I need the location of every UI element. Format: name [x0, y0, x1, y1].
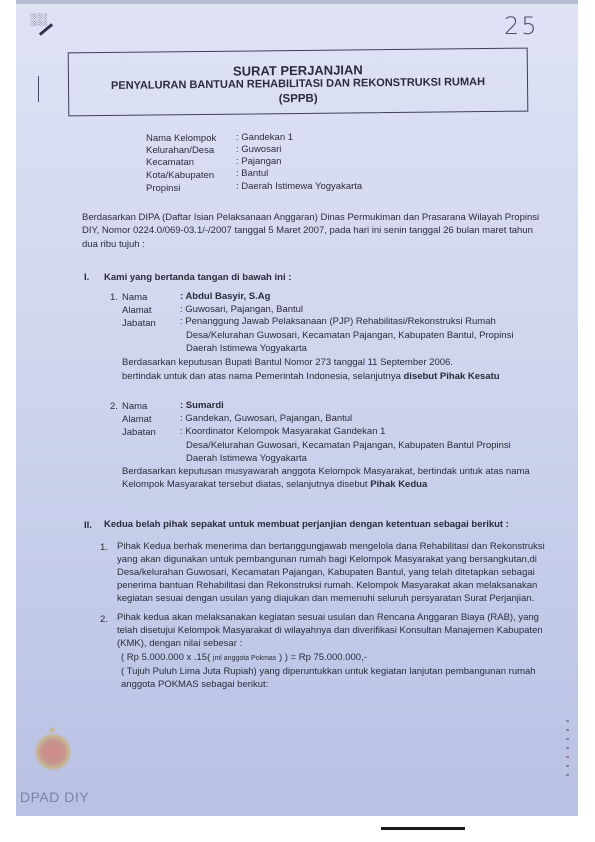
intro-line: dua ribu tujuh :: [82, 239, 145, 251]
field-label: Alamat: [122, 305, 152, 317]
basis-line: Berdasarkan keputusan musyawarah anggota…: [122, 466, 530, 478]
field-label: Nama: [122, 401, 147, 413]
field-label: Jabatan: [122, 318, 156, 330]
clause-line: Desa/kelurahan Guwosari, Kecamatan Pajan…: [117, 567, 535, 579]
info-label: Nama Kelompok: [146, 133, 216, 144]
field-label: Jabatan: [122, 427, 156, 439]
intro-line: DIY, Nomor 0224.0/069-03.1/-/2007 tangga…: [82, 225, 533, 237]
amount-in-words: anggota POKMAS sebagai berikut:: [121, 679, 268, 691]
formula-total: ) ) = Rp 75.000.000,-: [276, 652, 367, 663]
info-value: : Gandekan 1: [236, 132, 293, 143]
party-name: : Abdul Basyir, S.Ag: [180, 291, 270, 303]
field-value: Daerah Istimewa Yogyakarta: [186, 343, 307, 355]
basis-line: Berdasarkan keputusan Bupati Bantul Nomo…: [122, 357, 453, 369]
scan-top-edge: [16, 0, 578, 4]
basis-text: Kelompok Masyarakat tersebut diatas, sel…: [122, 479, 370, 490]
clause-line: Pihak Kedua berhak menerima dan bertangg…: [117, 541, 545, 553]
info-value: : Daerah Istimewa Yogyakarta: [236, 181, 362, 192]
formula-note: jml anggota Pokmas: [213, 655, 276, 662]
section-heading: Kami yang bertanda tangan di bawah ini :: [104, 272, 291, 284]
section-number: I.: [84, 272, 89, 284]
scanned-page: ░░ 25 SURAT PERJANJIAN PENYALURAN BANTUA…: [16, 0, 578, 816]
emblem-seal-icon: [35, 733, 71, 771]
field-value: : Guwosari, Pajangan, Bantul: [180, 304, 303, 316]
page-number: 25: [504, 12, 539, 40]
party-name: : Sumardi: [180, 400, 224, 412]
margin-line-mark: [38, 76, 39, 102]
clause-line: kegiatan sesuai dengan usulan yang diaju…: [117, 593, 534, 605]
title-box: SURAT PERJANJIAN PENYALURAN BANTUAN REHA…: [68, 48, 529, 117]
field-value: Desa/Kelurahan Guwosari, Kecamatan Pajan…: [186, 330, 513, 342]
clause-line: yang akan digunakan untuk pembangunan ru…: [117, 554, 537, 566]
info-label: Kota/Kabupaten: [146, 170, 214, 181]
clause-number: 2.: [100, 614, 108, 626]
footer-underline: [381, 827, 465, 830]
handwritten-mark: ░░: [30, 12, 47, 26]
clause-line: penerima bantuan Rehabilitasi dan Rekons…: [117, 580, 537, 592]
amount-formula: ( Rp 5.000.000 x .15( jml anggota Pokmas…: [121, 652, 367, 665]
party-designation: disebut Pihak Kesatu: [404, 371, 500, 382]
scan-edge-marks: [566, 720, 569, 780]
party-designation: Pihak Kedua: [370, 479, 427, 490]
document-abbrev: (SPPB): [69, 91, 527, 108]
clause-line: Pihak kedua akan melaksanakan kegiatan s…: [117, 612, 539, 624]
info-label: Kecamatan: [146, 157, 194, 168]
formula-text: ( Rp 5.000.000 x .15(: [121, 652, 213, 663]
clause-line: telah disetujui Kelompok Masyarakat di w…: [117, 625, 543, 637]
clause-number: 1.: [100, 542, 108, 554]
field-value: Daerah Istimewa Yogyakarta: [186, 453, 307, 465]
field-label: Alamat: [122, 414, 152, 426]
info-value: : Pajangan: [236, 156, 281, 167]
field-value: Desa/Kelurahan Guwosari, Kecamatan Pajan…: [186, 440, 511, 452]
party-number: 2.: [110, 401, 118, 413]
info-value: : Guwosari: [236, 144, 281, 155]
basis-line: bertindak untuk dan atas nama Pemerintah…: [122, 371, 500, 383]
section-heading: Kedua belah pihak sepakat untuk membuat …: [104, 519, 509, 531]
field-value: : Koordinator Kelompok Masyarakat Gandek…: [180, 426, 385, 438]
basis-line: Kelompok Masyarakat tersebut diatas, sel…: [122, 479, 427, 491]
info-label: Kelurahan/Desa: [146, 145, 214, 156]
field-value: : Penanggung Jawab Pelaksanaan (PJP) Reh…: [180, 316, 496, 328]
info-value: : Bantul: [236, 168, 268, 179]
intro-line: Berdasarkan DIPA (Daftar Isian Pelaksana…: [82, 212, 539, 224]
watermark: DPAD DIY: [20, 789, 89, 805]
party-number: 1.: [110, 292, 118, 304]
basis-text: bertindak untuk dan atas nama Pemerintah…: [122, 371, 404, 382]
field-value: : Gandekan, Guwosari, Pajangan, Bantul: [180, 413, 352, 425]
amount-in-words: ( Tujuh Puluh Lima Juta Rupiah) yang dip…: [121, 666, 536, 678]
field-label: Nama: [122, 292, 147, 304]
info-label: Propinsi: [146, 183, 180, 194]
clause-line: (KMK), dengan nilai sebesar :: [117, 638, 242, 650]
section-number: II.: [84, 520, 92, 532]
